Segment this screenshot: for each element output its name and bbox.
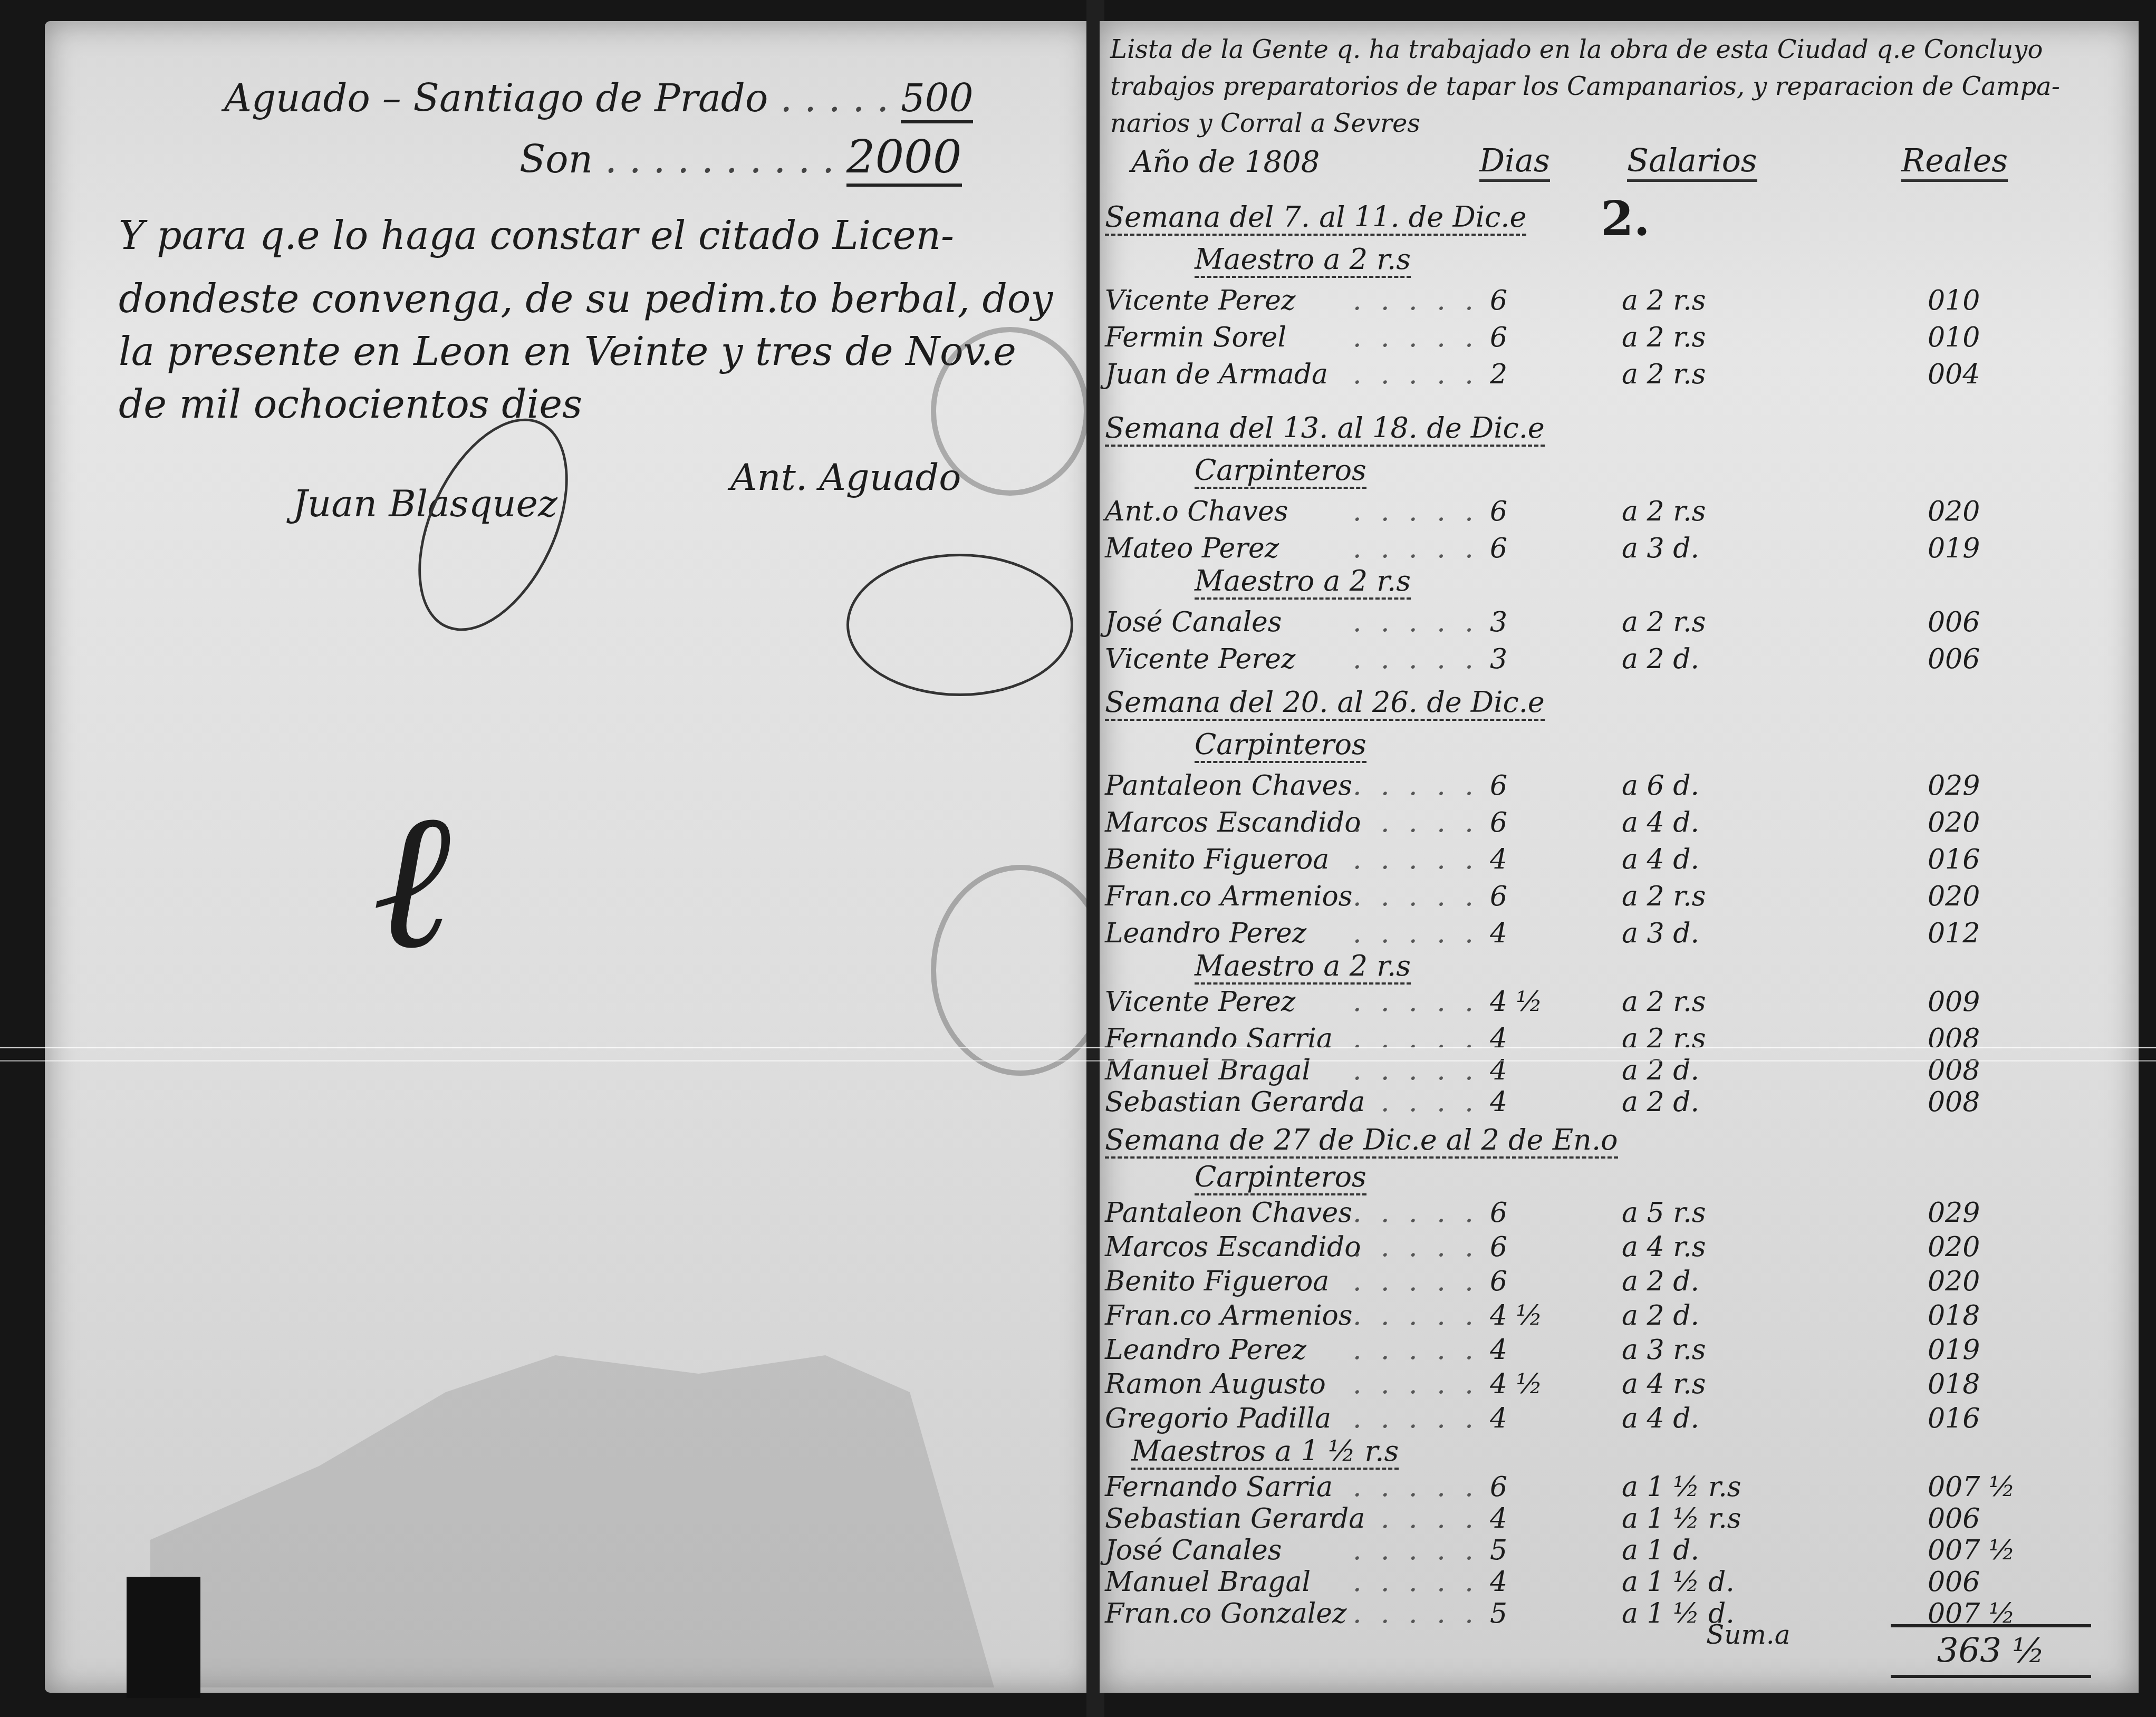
body-line-1: Y para q.e lo haga constar el citado Lic…	[119, 216, 954, 255]
rubric-mark: ℓ	[372, 786, 451, 976]
subgroup-label: Carpinteros	[1195, 1160, 1366, 1195]
ledger-row: Benito Figueroa. . . . .4a 4 d.016	[1100, 844, 2139, 881]
total-label: Sum.a	[1706, 1622, 1791, 1648]
ledger-row: Fran.co Armenios. . . . .6a 2 r.s020	[1100, 881, 2139, 918]
summary-line-2: Son . . . . . . . . . . 2000	[519, 134, 962, 180]
subgroup-label: Maestros a 1 ½ r.s	[1131, 1434, 1399, 1470]
ledger-row: Marcos Escandido. . . . .6a 4 d.020	[1100, 807, 2139, 844]
ledger-row: Fran.co Armenios. . . . .4 ½a 2 d.018	[1100, 1300, 2139, 1337]
film-scratch	[0, 1060, 2156, 1062]
title-line-3: narios y Corral a Sevres	[1110, 111, 1420, 136]
subgroup-label: Carpinteros	[1195, 454, 1366, 489]
binding-tab	[127, 1577, 200, 1698]
column-header-reales: Reales	[1901, 142, 2008, 182]
summary-line-1-value: 500	[901, 76, 973, 123]
year-label: Año de 1808	[1131, 148, 1320, 177]
subgroup-label: Carpinteros	[1195, 728, 1366, 763]
body-line-3: la presente en Leon en Veinte y tres de …	[119, 332, 1016, 371]
summary-line-2-value: 2000	[846, 131, 962, 187]
body-line-2: dondeste convenga, de su pedim.to berbal…	[119, 279, 1053, 319]
page-number: 2.	[1601, 195, 1650, 243]
title-line-2: trabajos preparatorios de tapar los Camp…	[1110, 74, 2060, 99]
column-header-salarios: Salarios	[1627, 142, 1757, 182]
film-scratch	[0, 1047, 2156, 1048]
signature-ant-aguado: Ant. Aguado	[730, 459, 961, 496]
section-heading: Semana del 7. al 11. de Dic.e	[1105, 200, 1526, 236]
ledger-row: Leandro Perez. . . . .4a 3 r.s019	[1100, 1334, 2139, 1371]
total-value: 363 ½	[1891, 1624, 2091, 1678]
ledger-row: Sebastian Gerarda. . . . .4a 2 d.008	[1100, 1086, 2139, 1123]
ledger-row: Vicente Perez. . . . .4 ½a 2 r.s009	[1100, 986, 2139, 1023]
summary-line-2-label: Son	[519, 137, 593, 181]
ledger-row: Vicente Perez. . . . .6a 2 r.s010	[1100, 285, 2139, 322]
ledger-row: Benito Figueroa. . . . .6a 2 d.020	[1100, 1266, 2139, 1303]
subgroup-label: Maestro a 2 r.s	[1195, 243, 1411, 278]
ledger-row: Fermin Sorel. . . . .6a 2 r.s010	[1100, 322, 2139, 359]
ledger-row: Vicente Perez. . . . .3a 2 d.006	[1100, 643, 2139, 680]
ledger-row: Pantaleon Chaves. . . . .6a 5 r.s029	[1100, 1197, 2139, 1234]
section-heading: Semana de 27 de Dic.e al 2 de En.o	[1105, 1123, 1618, 1159]
subgroup-label: Maestro a 2 r.s	[1195, 564, 1411, 600]
section-heading: Semana del 13. al 18. de Dic.e	[1105, 411, 1545, 447]
summary-line-1-label: Aguado – Santiago de Prado	[224, 76, 768, 120]
subgroup-label: Maestro a 2 r.s	[1195, 949, 1411, 985]
summary-line-1: Aguado – Santiago de Prado . . . . . 500	[224, 79, 973, 117]
ledger-row: Ant.o Chaves. . . . .6a 2 r.s020	[1100, 496, 2139, 533]
column-header-dias: Dias	[1479, 142, 1550, 182]
ledger-row: Ramon Augusto. . . . .4 ½a 4 r.s018	[1100, 1368, 2139, 1405]
left-page: Aguado – Santiago de Prado . . . . . 500…	[45, 21, 1094, 1693]
faded-seal-stamp-upper	[931, 327, 1089, 496]
title-line-1: Lista de la Gente q. ha trabajado en la …	[1110, 37, 2043, 62]
body-line-4: de mil ochocientos dies	[119, 385, 582, 424]
rubric-flourish-icon	[846, 554, 1073, 696]
right-page: Lista de la Gente q. ha trabajado en la …	[1100, 21, 2139, 1693]
water-stain	[150, 1318, 994, 1687]
ledger-row: Pantaleon Chaves. . . . .6a 6 d.029	[1100, 770, 2139, 807]
faded-seal-stamp-lower	[931, 865, 1110, 1076]
ledger-row: José Canales. . . . .3a 2 r.s006	[1100, 606, 2139, 643]
ledger-row: Marcos Escandido. . . . .6a 4 r.s020	[1100, 1231, 2139, 1268]
ledger-row: Juan de Armada. . . . .2a 2 r.s004	[1100, 359, 2139, 396]
section-heading: Semana del 20. al 26. de Dic.e	[1105, 686, 1545, 721]
